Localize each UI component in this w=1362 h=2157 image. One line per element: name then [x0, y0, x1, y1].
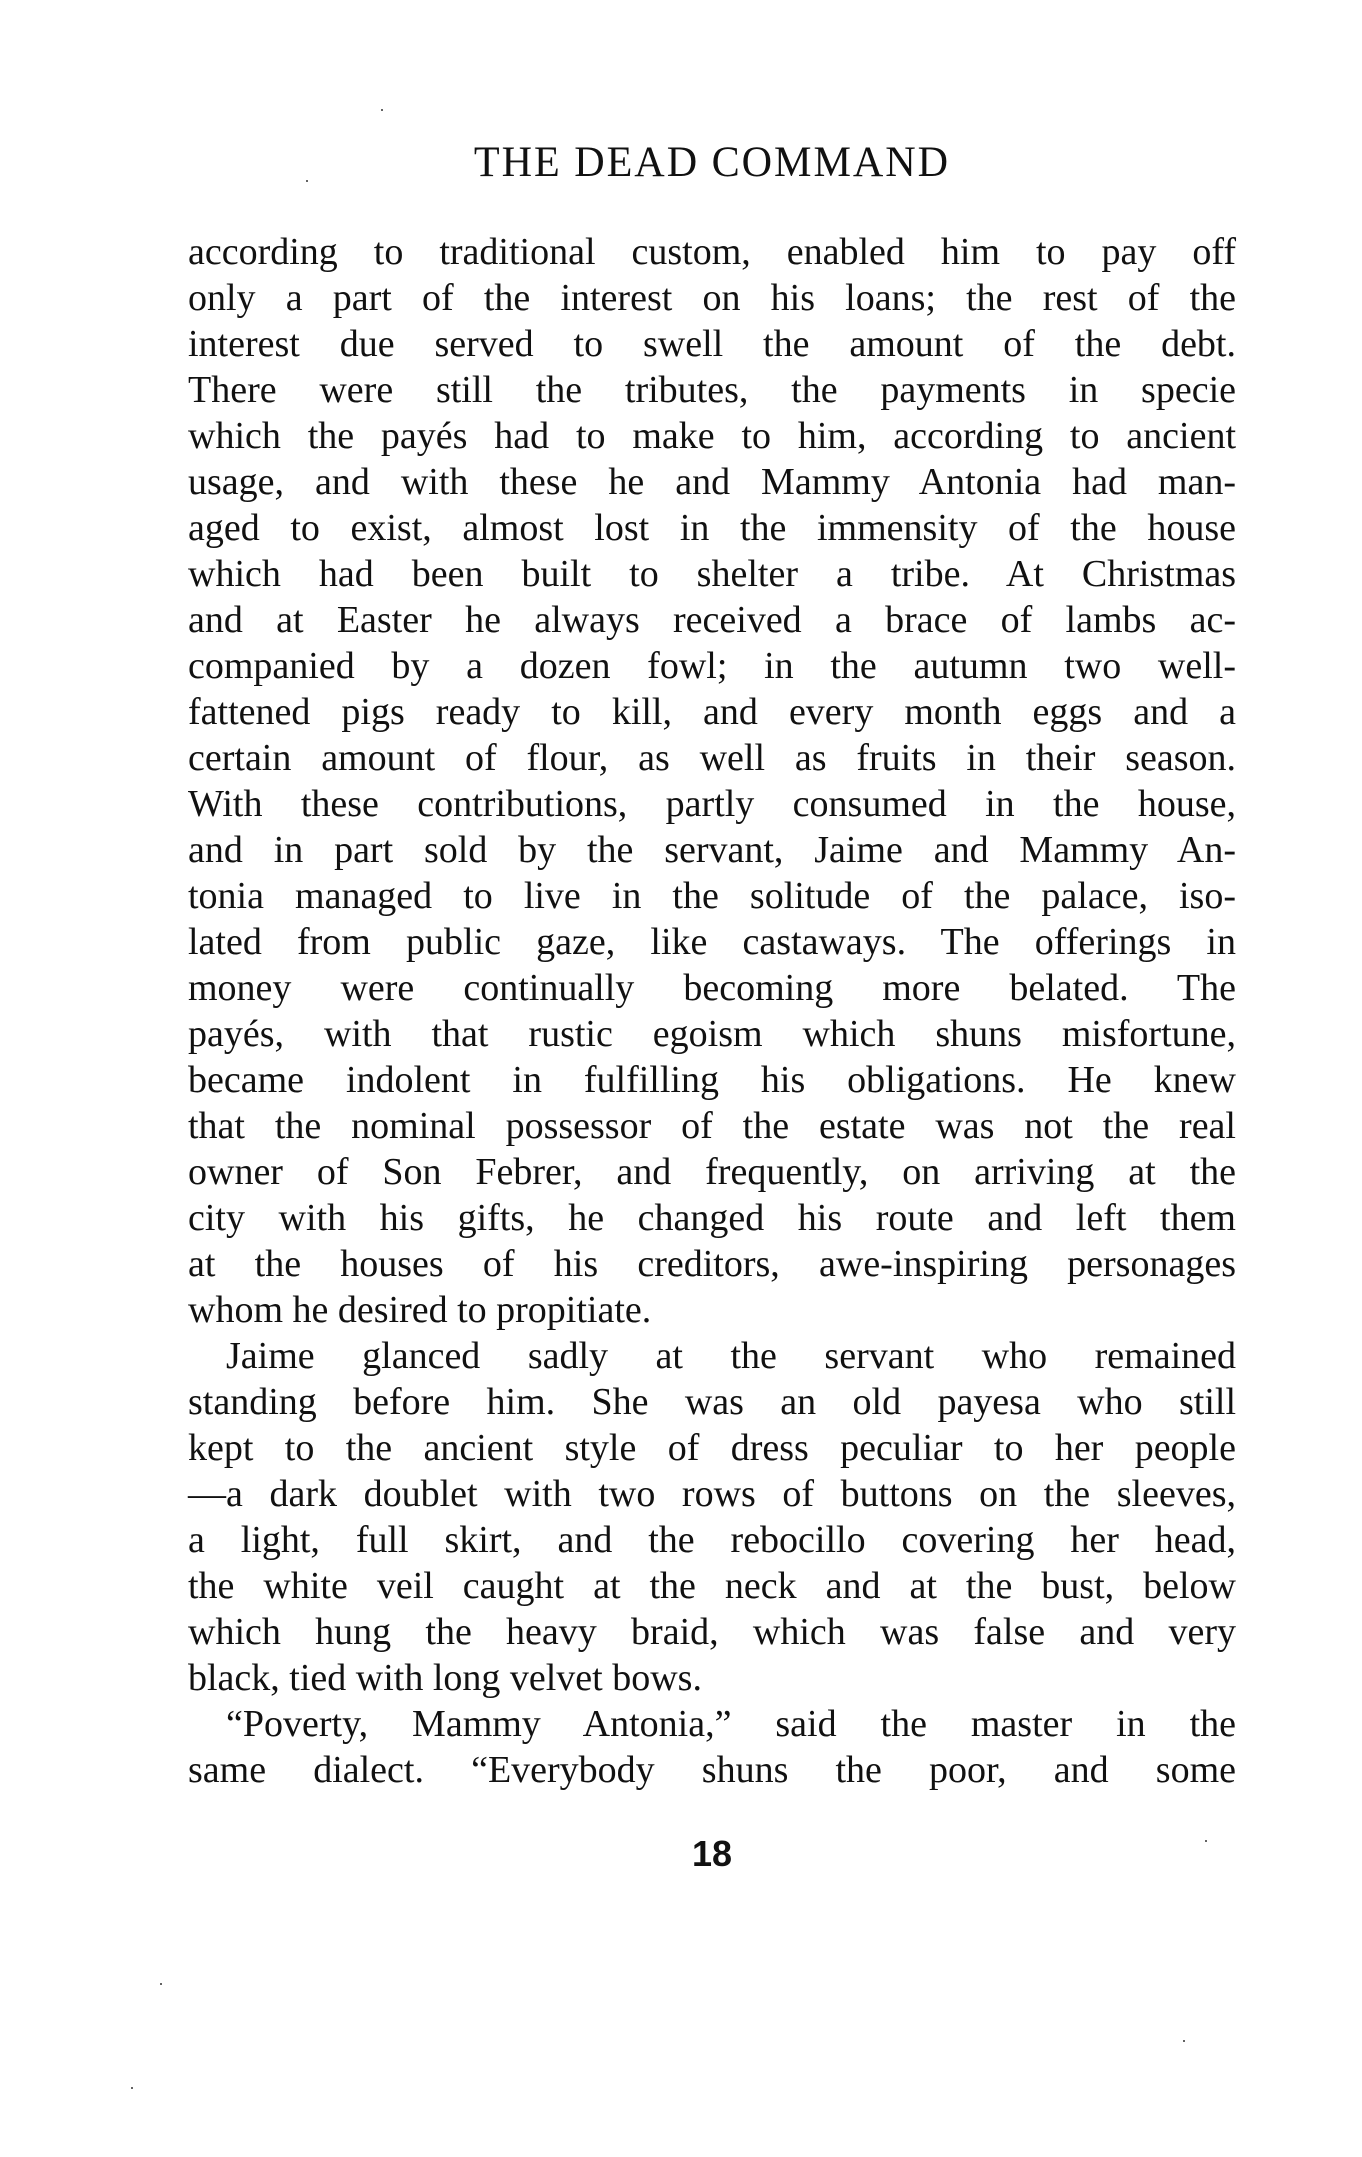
- scan-speck: [131, 2087, 133, 2089]
- text-line: With these contributions, partly consume…: [188, 781, 1236, 827]
- text-line: payés, with that rustic egoism which shu…: [188, 1011, 1236, 1057]
- text-line: kept to the ancient style of dress pecul…: [188, 1425, 1236, 1471]
- page-number: 18: [188, 1832, 1236, 1876]
- text-line: same dialect. “Everybody shuns the poor,…: [188, 1747, 1236, 1793]
- text-line: which had been built to shelter a tribe.…: [188, 551, 1236, 597]
- text-line: and in part sold by the servant, Jaime a…: [188, 827, 1236, 873]
- body-text: according to traditional custom, enabled…: [188, 229, 1236, 1793]
- paragraph-start-line: Jaime glanced sadly at the servant who r…: [188, 1333, 1236, 1379]
- scan-speck: [1205, 1840, 1207, 1842]
- text-line: interest due served to swell the amount …: [188, 321, 1236, 367]
- text-line: owner of Son Febrer, and frequently, on …: [188, 1149, 1236, 1195]
- text-line: money were continually becoming more bel…: [188, 965, 1236, 1011]
- text-line: only a part of the interest on his loans…: [188, 275, 1236, 321]
- text-line: city with his gifts, he changed his rout…: [188, 1195, 1236, 1241]
- text-line: standing before him. She was an old paye…: [188, 1379, 1236, 1425]
- scan-speck: [1183, 2040, 1185, 2042]
- paragraph-end-line: black, tied with long velvet bows.: [188, 1655, 1236, 1701]
- text-line: —a dark doublet with two rows of buttons…: [188, 1471, 1236, 1517]
- running-head-title: THE DEAD COMMAND: [198, 138, 1225, 188]
- text-line: the white veil caught at the neck and at…: [188, 1563, 1236, 1609]
- text-line: according to traditional custom, enabled…: [188, 229, 1236, 275]
- scan-speck: [306, 180, 308, 182]
- text-line: fattened pigs ready to kill, and every m…: [188, 689, 1236, 735]
- text-line: and at Easter he always received a brace…: [188, 597, 1236, 643]
- text-line: certain amount of flour, as well as frui…: [188, 735, 1236, 781]
- text-line: which hung the heavy braid, which was fa…: [188, 1609, 1236, 1655]
- paragraph-start-line: “Poverty, Mammy Antonia,” said the maste…: [188, 1701, 1236, 1747]
- paragraph-end-line: whom he desired to propitiate.: [188, 1287, 1236, 1333]
- text-line: at the houses of his creditors, awe-insp…: [188, 1241, 1236, 1287]
- book-page: THE DEAD COMMAND according to traditiona…: [0, 0, 1362, 2157]
- text-line: aged to exist, almost lost in the immens…: [188, 505, 1236, 551]
- scan-speck: [381, 109, 383, 111]
- text-line: companied by a dozen fowl; in the autumn…: [188, 643, 1236, 689]
- text-line: tonia managed to live in the solitude of…: [188, 873, 1236, 919]
- text-line: a light, full skirt, and the rebocillo c…: [188, 1517, 1236, 1563]
- text-line: that the nominal possessor of the estate…: [188, 1103, 1236, 1149]
- text-line: lated from public gaze, like castaways. …: [188, 919, 1236, 965]
- scan-speck: [160, 1983, 162, 1985]
- text-line: became indolent in fulfilling his obliga…: [188, 1057, 1236, 1103]
- text-line: There were still the tributes, the payme…: [188, 367, 1236, 413]
- text-line: usage, and with these he and Mammy Anton…: [188, 459, 1236, 505]
- text-line: which the payés had to make to him, acco…: [188, 413, 1236, 459]
